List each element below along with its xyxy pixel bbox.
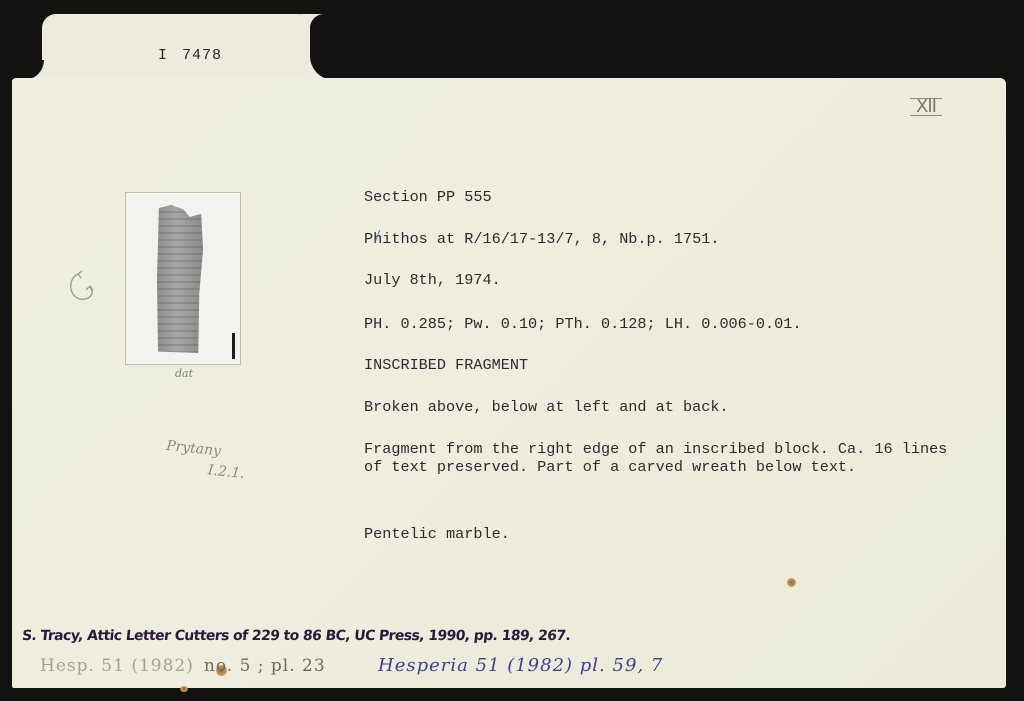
photo-label: dat — [175, 367, 193, 380]
scale-bar — [232, 333, 235, 359]
reference-pencil-journal: Hesp. 51 (1982) — [40, 656, 194, 676]
description-paragraph: Fragment from the right edge of an inscr… — [364, 440, 974, 476]
accession-value: 7478 — [182, 47, 222, 64]
drawer-numeral: XII — [910, 98, 942, 116]
rotate-arrow-icon — [66, 268, 98, 304]
date-line: July 8th, 1974. — [364, 271, 501, 289]
tab-curve-right — [300, 14, 340, 80]
reference-hesperia: Hesperia 51 (1982) pl. 59, 7 — [378, 655, 663, 676]
condition-line: Broken above, below at left and at back. — [364, 398, 729, 416]
accession-prefix: I — [158, 47, 168, 64]
section-line: Section PP 555 — [364, 188, 492, 206]
stain-spot — [787, 578, 796, 587]
reference-tracy: S. Tracy, Attic Letter Cutters of 229 to… — [21, 628, 571, 644]
index-card — [12, 78, 1006, 688]
reference-pencil-detail: no. 5 ; pl. 23 — [204, 656, 326, 676]
material-line: Pentelic marble. — [364, 525, 510, 543]
findspot-line: Phithos at R/16/17-13/7, 8, Nb.p. 1751. — [364, 230, 719, 248]
dimensions-line: PH. 0.285; Pw. 0.10; PTh. 0.128; LH. 0.0… — [364, 315, 801, 333]
object-type-heading: INSCRIBED FRAGMENT — [364, 356, 528, 374]
stain-spot — [180, 686, 188, 692]
accession-number: I7478 — [158, 47, 222, 64]
reference-pencil: Hesp. 51 (1982)no. 5 ; pl. 23 — [40, 656, 326, 676]
object-photo — [125, 192, 241, 365]
stone-fragment-image — [157, 205, 205, 353]
pencil-note-prytany: Prytany I.2.1. — [163, 436, 247, 484]
